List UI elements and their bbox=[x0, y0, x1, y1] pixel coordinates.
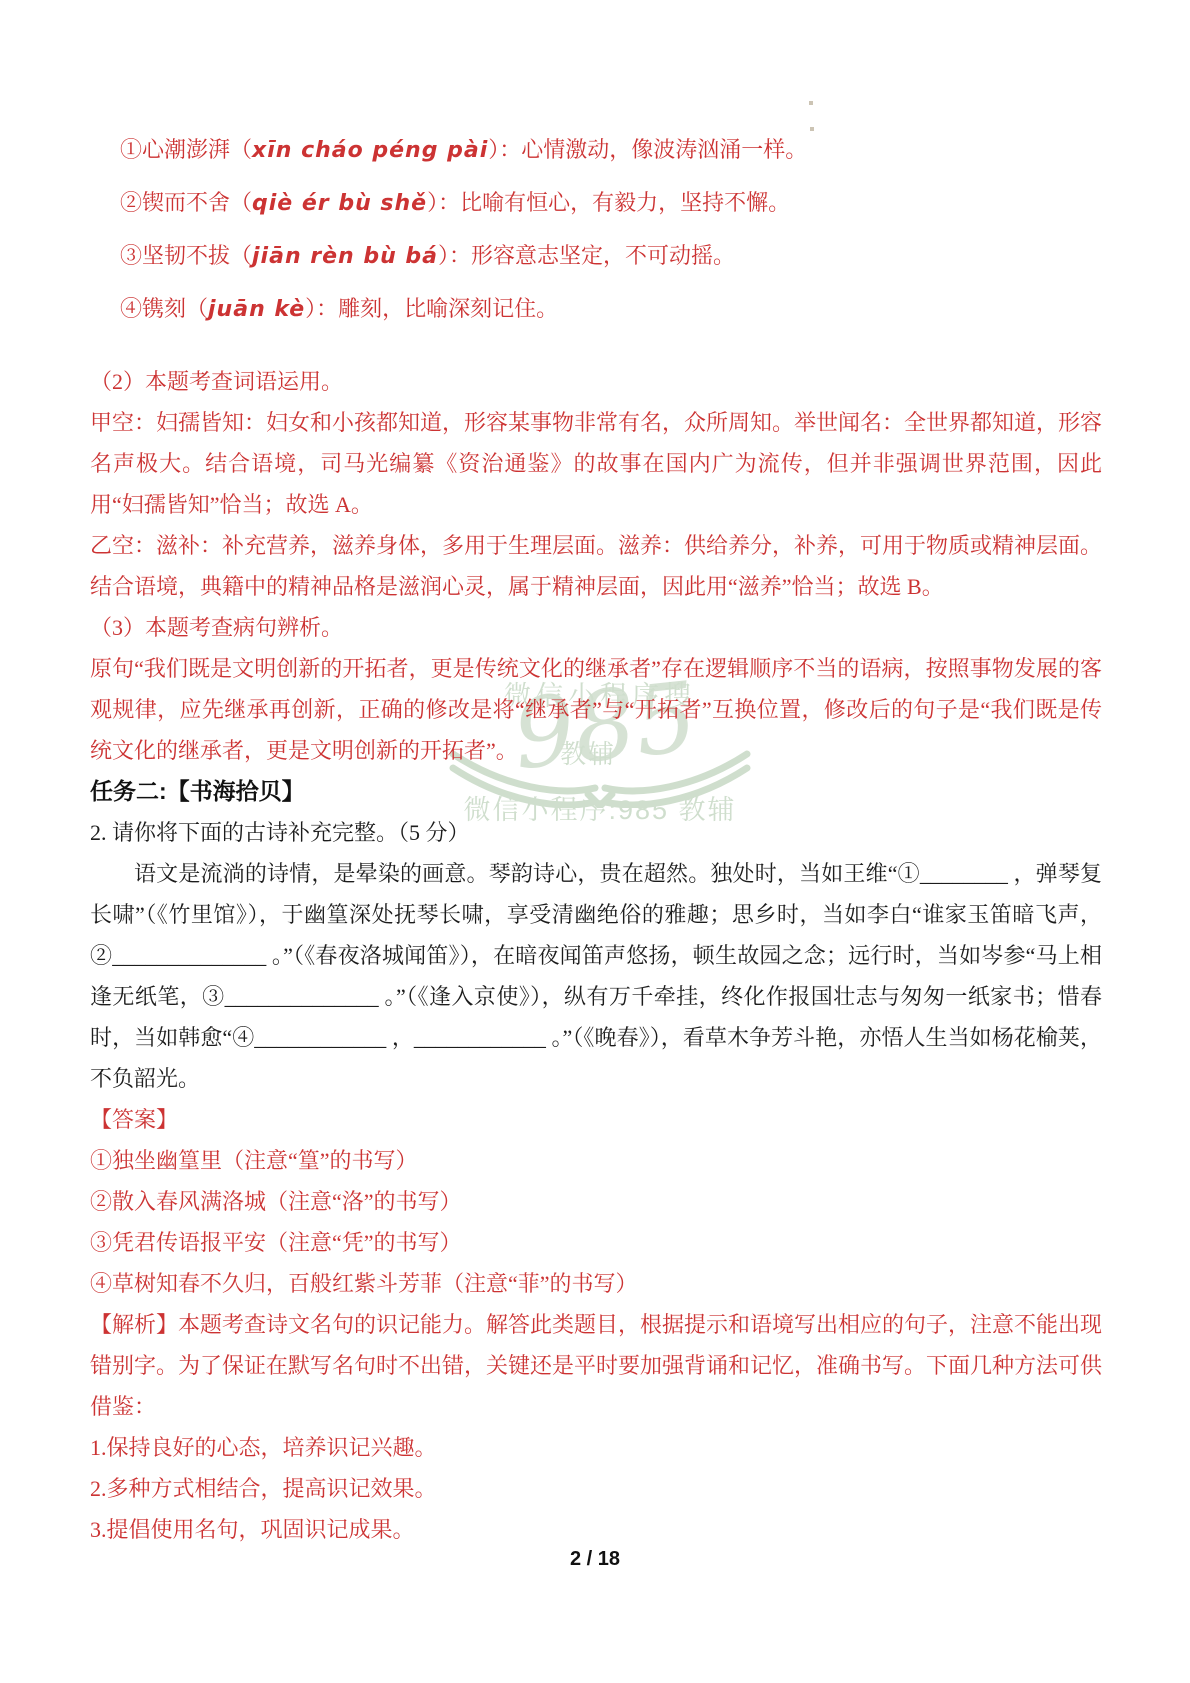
definition-pinyin: juān kè bbox=[208, 297, 305, 322]
page-number: 2 / 18 bbox=[0, 1548, 1190, 1571]
definition-line-2: ②锲而不舍（qiè ér bù shě）：比喻有恒心，有毅力，坚持不懈。 bbox=[90, 188, 1102, 219]
page-content: ①心潮澎湃（xīn cháo péng pài）：心情激动，像波涛汹涌一样。 ②… bbox=[90, 135, 1102, 1550]
task2-section-header: 任务二:【书海拾贝】 bbox=[90, 771, 1102, 812]
analysis-q3-paragraph: 原句“我们既是文明创新的开拓者，更是传统文化的继承者”存在逻辑顺序不当的语病，按… bbox=[90, 648, 1102, 771]
answer-item-1: ①独坐幽篁里（注意“篁”的书写） bbox=[90, 1140, 1102, 1181]
analysis-q2-heading: （2）本题考查词语运用。 bbox=[90, 361, 1102, 402]
method-item-3: 3.提倡使用名句，巩固识记成果。 bbox=[90, 1509, 1102, 1550]
definition-meaning: ）：心情激动，像波涛汹涌一样。 bbox=[488, 137, 807, 162]
document-page: 微信小程序搜 985 教辅 微信小程序:985 教辅 ①心潮澎湃（xīn chá… bbox=[0, 0, 1190, 1683]
answer-item-2: ②散入春风满洛城（注意“洛”的书写） bbox=[90, 1181, 1102, 1222]
method-item-1: 1.保持良好的心态，培养识记兴趣。 bbox=[90, 1427, 1102, 1468]
analysis-q3-heading: （3）本题考查病句辨析。 bbox=[90, 607, 1102, 648]
definition-meaning: ）：形容意志坚定，不可动摇。 bbox=[438, 243, 735, 268]
definition-term: ③坚韧不拔（ bbox=[120, 243, 252, 268]
definition-meaning: ）：比喻有恒心，有毅力，坚持不懈。 bbox=[427, 190, 790, 215]
scan-speck bbox=[810, 127, 814, 131]
definition-meaning: ）：雕刻，比喻深刻记住。 bbox=[305, 296, 558, 321]
answer-item-3: ③凭君传语报平安（注意“凭”的书写） bbox=[90, 1222, 1102, 1263]
method-item-2: 2.多种方式相结合，提高识记效果。 bbox=[90, 1468, 1102, 1509]
definition-term: ④镌刻（ bbox=[120, 296, 208, 321]
scan-speck bbox=[809, 101, 813, 105]
answer-label: 【答案】 bbox=[90, 1099, 1102, 1140]
definition-list: ①心潮澎湃（xīn cháo péng pài）：心情激动，像波涛汹涌一样。 ②… bbox=[90, 135, 1102, 325]
definition-line-3: ③坚韧不拔（jiān rèn bù bá）：形容意志坚定，不可动摇。 bbox=[90, 241, 1102, 272]
explanation-paragraph: 【解析】本题考查诗文名句的识记能力。解答此类题目，根据提示和语境写出相应的句子，… bbox=[90, 1304, 1102, 1427]
task2-question: 2. 请你将下面的古诗补充完整。（5 分） bbox=[90, 812, 1102, 853]
definition-pinyin: xīn cháo péng pài bbox=[252, 138, 488, 163]
task2-poem-cloze: 语文是流淌的诗情，是晕染的画意。琴韵诗心，贵在超然。独处时，当如王维“①____… bbox=[90, 853, 1102, 1099]
definition-line-1: ①心潮澎湃（xīn cháo péng pài）：心情激动，像波涛汹涌一样。 bbox=[90, 135, 1102, 166]
definition-term: ①心潮澎湃（ bbox=[120, 137, 252, 162]
definition-term: ②锲而不舍（ bbox=[120, 190, 252, 215]
definition-pinyin: jiān rèn bù bá bbox=[252, 244, 438, 269]
definition-pinyin: qiè ér bù shě bbox=[252, 191, 427, 216]
analysis-yi-paragraph: 乙空：滋补：补充营养，滋养身体，多用于生理层面。滋养：供给养分，补养，可用于物质… bbox=[90, 525, 1102, 607]
definition-line-4: ④镌刻（juān kè）：雕刻，比喻深刻记住。 bbox=[90, 294, 1102, 325]
answer-item-4: ④草树知春不久归，百般红紫斗芳菲（注意“菲”的书写） bbox=[90, 1263, 1102, 1304]
analysis-jia-paragraph: 甲空：妇孺皆知：妇女和小孩都知道，形容某事物非常有名，众所周知。举世闻名：全世界… bbox=[90, 402, 1102, 525]
